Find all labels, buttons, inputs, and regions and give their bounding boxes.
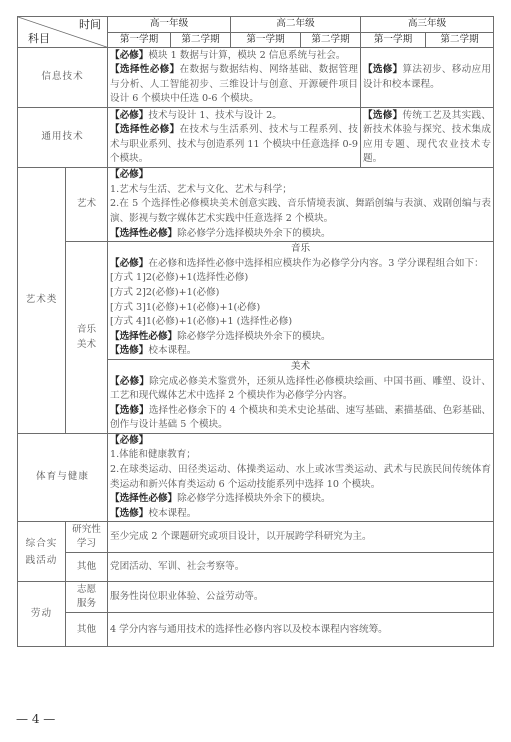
row-practice-research: 综合实践活动 研究性学习 至少完成 2 个课题研究或项目设计，以开展跨学科研究为… <box>18 522 494 553</box>
subject-label-line: 美术 <box>68 338 105 353</box>
subject-label-line: 音乐 <box>68 323 105 338</box>
cell-text: 模块 1 数据与计算，模块 2 信息系统与社会。 <box>148 50 345 61</box>
tag-elective: 【选修】 <box>363 110 402 121</box>
tag-required: 【必修】 <box>110 50 148 61</box>
row-art: 艺术类 艺术 【必修】 1.艺术与生活、艺术与文化、艺术与科学； 2.在 5 个… <box>18 168 494 242</box>
section-title-fine-art: 美术 <box>110 360 491 375</box>
cell-text: 技术与设计 1、技术与设计 2。 <box>148 110 281 121</box>
corner-header-cell: 时间 科目 <box>18 17 108 48</box>
cell-text: 选择性必修余下的 4 个模块和美术史论基础、速写基础、素描基础、色彩基础、创作与… <box>110 405 491 431</box>
category-label-arts: 艺术类 <box>18 168 66 434</box>
row-pe: 体育与健康 【必修】 1.体能和健康教育； 2.在球类运动、田径类运动、体操类运… <box>18 433 494 522</box>
general-tech-elective-cell: 【选修】传统工艺及其实践、新技术体验与探究、技术集成应用专题、现代农业技术专题。 <box>361 108 494 168</box>
subject-label-music-fine-art: 音乐 美术 <box>66 242 108 434</box>
tag-required: 【必修】 <box>110 169 148 180</box>
cell-text: 2.在球类运动、田径类运动、体操类运动、水上或冰雪类运动、武术与民族民间传统体育… <box>110 463 491 492</box>
info-tech-elective-cell: 【选修】算法初步、移动应用设计和校本课程。 <box>361 48 494 108</box>
cell-text: 校本课程。 <box>148 508 196 519</box>
music-content-cell: 音乐 【必修】在必修和选择性必修中选择相应模块作为必修学分内容。3 学分课程组合… <box>108 242 494 360</box>
tag-selective-required: 【选择性必修】 <box>110 228 177 239</box>
cell-text: 1.体能和健康教育； <box>110 448 491 463</box>
cell-text: 除必修学分选择模块外余下的模块。 <box>177 228 331 239</box>
tag-required: 【必修】 <box>110 435 148 446</box>
cell-text: 除完成必修美术鉴赏外，还须从选择性必修模块绘画、中国书画、雕塑、设计、工艺和现代… <box>110 376 491 402</box>
page-number: — 4 — <box>16 712 55 726</box>
tag-required: 【必修】 <box>110 376 149 387</box>
corner-time-label: 时间 <box>79 18 101 33</box>
tag-elective: 【选修】 <box>110 345 148 356</box>
semester-header: 第一学期 <box>361 32 426 48</box>
header-row-grades: 时间 科目 高一年级 高二年级 高三年级 <box>18 17 494 33</box>
grade-header-2: 高二年级 <box>231 17 361 33</box>
semester-header: 第二学期 <box>301 32 361 48</box>
subject-label: 信息技术 <box>18 48 108 108</box>
tag-elective: 【选修】 <box>363 64 402 75</box>
row-general-tech: 通用技术 【必修】技术与设计 1、技术与设计 2。 【选择性必修】在技术与生活系… <box>18 108 494 168</box>
grade-header-3: 高三年级 <box>361 17 494 33</box>
sub-label: 志愿服务 <box>66 582 108 613</box>
cell-text: [方式 1]2(必修)+1(选择性必修) <box>110 271 491 286</box>
cell-text: 除必修学分选择模块外余下的模块。 <box>177 493 331 504</box>
cell-text: 1.艺术与生活、艺术与文化、艺术与科学； <box>110 183 491 198</box>
practice-research-cell: 至少完成 2 个课题研究或项目设计，以开展跨学科研究为主。 <box>108 522 494 553</box>
tag-selective-required: 【选择性必修】 <box>110 124 180 135</box>
tag-selective-required: 【选择性必修】 <box>110 331 177 342</box>
cell-text: [方式 3]1(必修)+1(必修)+1(必修) <box>110 301 491 316</box>
semester-header: 第一学期 <box>231 32 301 48</box>
sub-label: 其他 <box>66 613 108 647</box>
grade-header-1: 高一年级 <box>108 17 231 33</box>
tag-elective: 【选修】 <box>110 405 149 416</box>
category-label-labor: 劳动 <box>18 582 66 647</box>
art-content-cell: 【必修】 1.艺术与生活、艺术与文化、艺术与科学； 2.在 5 个选择性必修模块… <box>108 168 494 242</box>
row-music: 音乐 美术 音乐 【必修】在必修和选择性必修中选择相应模块作为必修学分内容。3 … <box>18 242 494 360</box>
sub-label: 研究性学习 <box>66 522 108 553</box>
semester-header: 第二学期 <box>171 32 231 48</box>
labor-volunteer-cell: 服务性岗位职业体验、公益劳动等。 <box>108 582 494 613</box>
sub-label: 其他 <box>66 553 108 582</box>
cell-text: 在必修和选择性必修中选择相应模块作为必修学分内容。3 学分课程组合如下： <box>148 258 483 269</box>
labor-other-cell: 4 学分内容与通用技术的选择性必修内容以及校本课程内容统筹。 <box>108 613 494 647</box>
cell-text: [方式 2]2(必修)+1(必修) <box>110 286 491 301</box>
fine-art-content-cell: 美术 【必修】除完成必修美术鉴赏外，还须从选择性必修模块绘画、中国书画、雕塑、设… <box>108 359 494 433</box>
subject-label: 体育与健康 <box>18 433 108 522</box>
semester-header: 第二学期 <box>426 32 494 48</box>
section-title-music: 音乐 <box>110 242 491 257</box>
pe-content-cell: 【必修】 1.体能和健康教育； 2.在球类运动、田径类运动、体操类运动、水上或冰… <box>108 433 494 522</box>
semester-header: 第一学期 <box>108 32 171 48</box>
tag-required: 【必修】 <box>110 258 148 269</box>
info-tech-required-cell: 【必修】模块 1 数据与计算，模块 2 信息系统与社会。 【选择性必修】在数据与… <box>108 48 361 108</box>
tag-required: 【必修】 <box>110 110 148 121</box>
cell-text: 校本课程。 <box>148 345 196 356</box>
tag-elective: 【选修】 <box>110 508 148 519</box>
category-label-practice: 综合实践活动 <box>18 522 66 582</box>
cell-text: 除必修学分选择模块外余下的模块。 <box>177 331 331 342</box>
tag-selective-required: 【选择性必修】 <box>110 64 180 75</box>
general-tech-required-cell: 【必修】技术与设计 1、技术与设计 2。 【选择性必修】在技术与生活系列、技术与… <box>108 108 361 168</box>
row-info-tech: 信息技术 【必修】模块 1 数据与计算，模块 2 信息系统与社会。 【选择性必修… <box>18 48 494 108</box>
tag-selective-required: 【选择性必修】 <box>110 493 177 504</box>
document-page: 时间 科目 高一年级 高二年级 高三年级 第一学期 第二学期 第一学期 第二学期… <box>0 0 511 742</box>
practice-other-cell: 党团活动、军训、社会考察等。 <box>108 553 494 582</box>
row-labor-other: 其他 4 学分内容与通用技术的选择性必修内容以及校本课程内容统筹。 <box>18 613 494 647</box>
curriculum-table: 时间 科目 高一年级 高二年级 高三年级 第一学期 第二学期 第一学期 第二学期… <box>17 16 494 647</box>
corner-subject-label: 科目 <box>28 32 50 47</box>
subject-label: 通用技术 <box>18 108 108 168</box>
row-practice-other: 其他 党团活动、军训、社会考察等。 <box>18 553 494 582</box>
row-labor-volunteer: 劳动 志愿服务 服务性岗位职业体验、公益劳动等。 <box>18 582 494 613</box>
cell-text: [方式 4]1(必修)+1(必修)+1 (选择性必修) <box>110 315 491 330</box>
subject-label: 艺术 <box>66 168 108 242</box>
cell-text: 2.在 5 个选择性必修模块美术创意实践、音乐情境表演、舞蹈创编与表演、戏剧创编… <box>110 197 491 226</box>
